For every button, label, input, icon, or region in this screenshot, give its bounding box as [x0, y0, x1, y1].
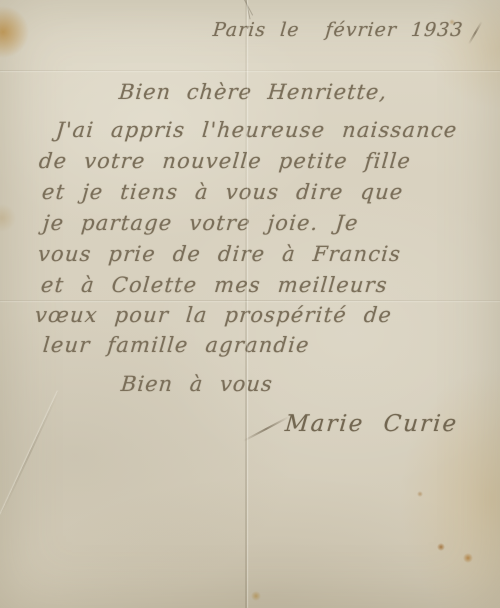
body-line: et je tiens à vous dire que — [41, 180, 405, 204]
horizontal-fold-line — [0, 70, 500, 71]
body-line: vœux pour la prospérité de — [34, 303, 393, 327]
body-line: et à Colette mes meilleurs — [40, 273, 389, 297]
dateline-date: février 1933 — [325, 19, 465, 41]
salutation: Bien chère Henriette, — [118, 80, 388, 104]
diagonal-crease — [0, 391, 59, 515]
signature: Marie Curie — [284, 411, 459, 437]
dateline-place: Paris le — [212, 19, 300, 41]
letter-paper: Paris lefévrier 1933 Bien chère Henriett… — [0, 0, 500, 608]
body-line: J'ai appris l'heureuse naissance — [55, 118, 459, 142]
signature-flourish-stroke — [243, 416, 290, 442]
pencil-scribble — [238, 0, 260, 18]
horizontal-fold-line — [0, 300, 500, 301]
body-line: de votre nouvelle petite fille — [38, 149, 412, 173]
closing: Bien à vous — [120, 372, 274, 396]
body-line: je partage votre joie. Je — [42, 211, 360, 235]
dateline: Paris lefévrier 1933 — [212, 19, 464, 41]
body-line: vous prie de dire à Francis — [37, 242, 402, 266]
body-line: leur famille agrandie — [42, 333, 311, 357]
vertical-fold-line — [245, 0, 247, 608]
pen-stroke-after-date — [468, 21, 482, 44]
